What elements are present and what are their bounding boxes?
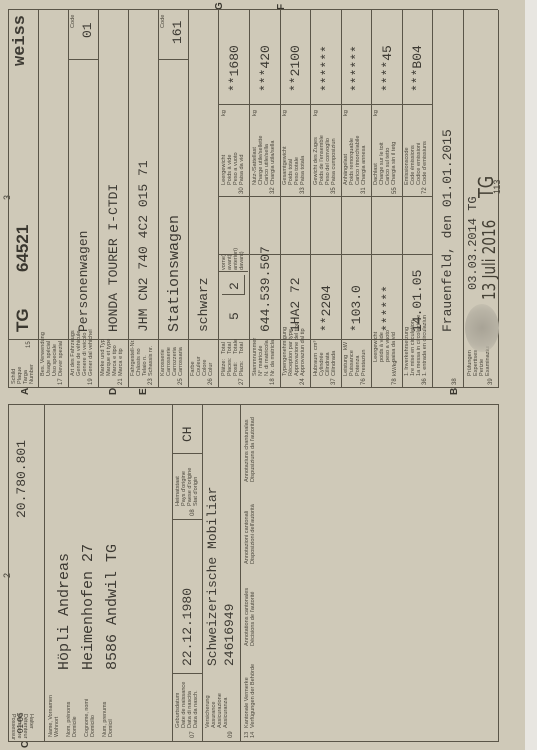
payload-value: ***420	[258, 45, 273, 92]
train-weight-value: ******	[319, 45, 334, 92]
page-number-right: 3	[2, 195, 12, 200]
displacement-unit: cm³	[313, 341, 319, 350]
notes-label-de: Kantonale Vermerke Verfügungen der Behör…	[244, 664, 256, 728]
seats-total-value: 5	[227, 312, 242, 320]
chassis-value: JHM CN2 740 4C2 015 71	[136, 160, 151, 332]
field-no-36: 36	[422, 378, 428, 385]
origin-country: CH	[180, 426, 195, 442]
power-label: Leistung Puissance Potenza Prestaziun	[343, 350, 367, 376]
section-letter-d: D	[108, 388, 119, 395]
field-no-25: 25	[178, 378, 184, 385]
roof-load-value: ****45	[380, 45, 395, 92]
chassis-label: Fahrgestell-Nr. Châssis no Telaio n. Sch…	[130, 339, 154, 376]
birth-label: Geburtsdatum Date de naissance Data di n…	[175, 682, 199, 728]
trailer-load-label: Anhängelast Poids remorquable Carico rim…	[343, 136, 367, 185]
train-weight-label: Gewicht des Zuges Poids de l'ensemble Pe…	[313, 135, 337, 185]
notes-label-fr: Annotations cantonales Décisions de l'au…	[244, 588, 256, 646]
field-no-32: 32	[270, 187, 276, 194]
insurance-name: Schweizerische Mobiliar	[205, 487, 220, 666]
vehicle-registration-document: 2 3 A B C D E F G 15 Schild Plaque Targa…	[0, 0, 537, 750]
make-model-value: HONDA TOURER I-CTDI	[106, 184, 121, 332]
payload-label: Nutz-/Sattellast Charge utile/sellette C…	[252, 136, 276, 185]
field-no-38: 38	[452, 378, 458, 385]
insurance-number: 24616949	[222, 604, 237, 666]
emission-code-value: ***B04	[410, 45, 425, 92]
field-no-24: 24	[300, 378, 306, 385]
seats-front-value: 2	[227, 282, 242, 290]
total-weight-label: Gesamtgewicht Poids total Peso totale Pa…	[282, 146, 306, 185]
section-letter-a: A	[20, 388, 31, 395]
make-model-label: Marke und Typ Marque et type Marca e tip…	[100, 339, 124, 376]
empty-weight-label: Leergewicht Poids à vide Peso a vuoto Pa…	[221, 152, 245, 185]
plate-color: weiss	[11, 15, 30, 66]
color-value: schwarz	[196, 277, 211, 332]
field-no-30: 30	[239, 187, 245, 194]
power-weight-value: ******	[380, 285, 395, 332]
roof-load-unit: kg	[373, 110, 379, 116]
displacement-label: Hubraum Cylindrée Cilindrata Cilindrada	[313, 351, 337, 376]
holder-city: 8586 Andwil TG	[104, 544, 121, 670]
inspection-stamp-number: 113	[492, 180, 502, 194]
field-no-09: 09	[228, 731, 234, 738]
field-no-72: 72	[422, 187, 428, 194]
section-letter-e: E	[138, 388, 149, 395]
field-no-31: 31	[361, 187, 367, 194]
body-label: Karosserie Carrosserie Carrozzeria Carro…	[160, 347, 184, 376]
empty-weight-unit: kg	[221, 110, 227, 116]
notes-label-rm: Annotaziuns chantunalas Dispusiziuns da …	[244, 417, 256, 482]
field-no-17: 17	[58, 378, 64, 385]
field-no-21: 21	[118, 378, 124, 385]
seats-front-label: vorne) avant) anteriori) davant)	[221, 248, 245, 270]
field-no-39: 39	[488, 378, 494, 385]
holder-name-label: Name, Vornamen Wohnort Nom, prénoms Domi…	[48, 695, 114, 737]
field-no-26: 26	[208, 378, 214, 385]
special-use-label: Bes. Verwendung Usage spécial Uso specia…	[40, 332, 64, 376]
birth-date: 22.12.1980	[180, 588, 195, 666]
field-no-37: 37	[331, 378, 337, 385]
empty-weight-value: **1680	[227, 45, 242, 92]
field-no-33: 33	[300, 187, 306, 194]
inspection-1: 03.03.2014 TG	[466, 196, 480, 290]
power-unit: kW	[343, 342, 349, 350]
field-no-35: 35	[331, 187, 337, 194]
total-weight-value: **2100	[288, 45, 303, 92]
payload-unit: kg	[252, 110, 258, 116]
first-registration-value: 14.01.05	[410, 270, 425, 332]
vehicle-type-code: 01	[80, 22, 95, 38]
body-value: Stationswagen	[166, 215, 183, 332]
seats-total-label: Total Total Totale Total	[221, 339, 245, 354]
place-date-value: Frauenfeld, den 01.01.2015	[440, 129, 455, 332]
trailer-load-unit: kg	[343, 110, 349, 116]
total-weight-unit: kg	[282, 110, 288, 116]
body-code-label: Code	[160, 15, 166, 28]
train-weight-unit: kg	[313, 110, 319, 116]
page-number-left: 2	[2, 573, 12, 578]
type-approval-value: 1HA2 72	[288, 277, 303, 332]
power-weight-label: kW/kg	[392, 360, 398, 376]
power-value: *103.0	[349, 285, 364, 332]
field-no-78: 78	[392, 378, 398, 385]
vehicle-type-code-label: Code	[70, 15, 76, 28]
color-label: Farbe Couleur Colore Colur	[190, 356, 214, 376]
field-no-23: 23	[148, 378, 154, 385]
emission-code-label: Emissionscode Code émissions Codice emis…	[404, 141, 428, 185]
displacement-value: **2204	[319, 285, 334, 332]
holder-street: Heimenhofen 27	[80, 544, 97, 670]
plate-label: Schild Plaque Targa Number	[11, 364, 35, 384]
field-no-15: 15	[26, 341, 32, 348]
holder-name: Höpli Andreas	[56, 553, 73, 670]
section-letter-b: B	[449, 388, 460, 395]
insurance-label: Versicherung Assurance Assicurazione Ass…	[205, 693, 229, 728]
field-no-55: 55	[392, 187, 398, 194]
body-code: 161	[170, 21, 185, 44]
seats-label: Plätze: Places: Posti: Plazs:	[221, 358, 245, 376]
field-no-13-14: 13 14	[244, 732, 256, 738]
holder-code-range: 01-06	[16, 713, 25, 733]
field-no-07: 07	[190, 731, 196, 738]
field-no-76: 76	[361, 378, 367, 385]
plate-number: 64521	[13, 225, 33, 272]
official-seal-stamp	[465, 304, 499, 352]
matriculation-label: Stammnummer N° matricule N. di matricola…	[252, 338, 276, 376]
field-no-18: 18	[270, 378, 276, 385]
field-no-08: 08	[190, 509, 196, 516]
origin-label: Heimatstaat Pays d'origine Paese d'origi…	[175, 468, 199, 506]
notes-label-it: Annotazioni cantonali Disposizioni dell'…	[244, 504, 256, 564]
trailer-load-value: ******	[349, 45, 364, 92]
matriculation-value: 644.539.507	[258, 246, 273, 332]
field-no-27: 27	[239, 378, 245, 385]
vehicle-type-label: Art des Fahrzeugs Genre de véhicule Gene…	[70, 329, 94, 376]
power-weight-sub-label: Leergewicht poids à vide peso a vuoto pa…	[373, 330, 397, 362]
holder-id-number: 20.780.801	[14, 440, 29, 518]
inspection-stamp-date: 13 Juli 2016	[479, 220, 500, 300]
plate-canton: TG	[13, 308, 33, 332]
vehicle-type-value: Personenwagen	[76, 231, 91, 332]
field-no-19: 19	[88, 378, 94, 385]
roof-load-label: Dachlast Charge sur le toit Carico sul t…	[373, 142, 397, 185]
